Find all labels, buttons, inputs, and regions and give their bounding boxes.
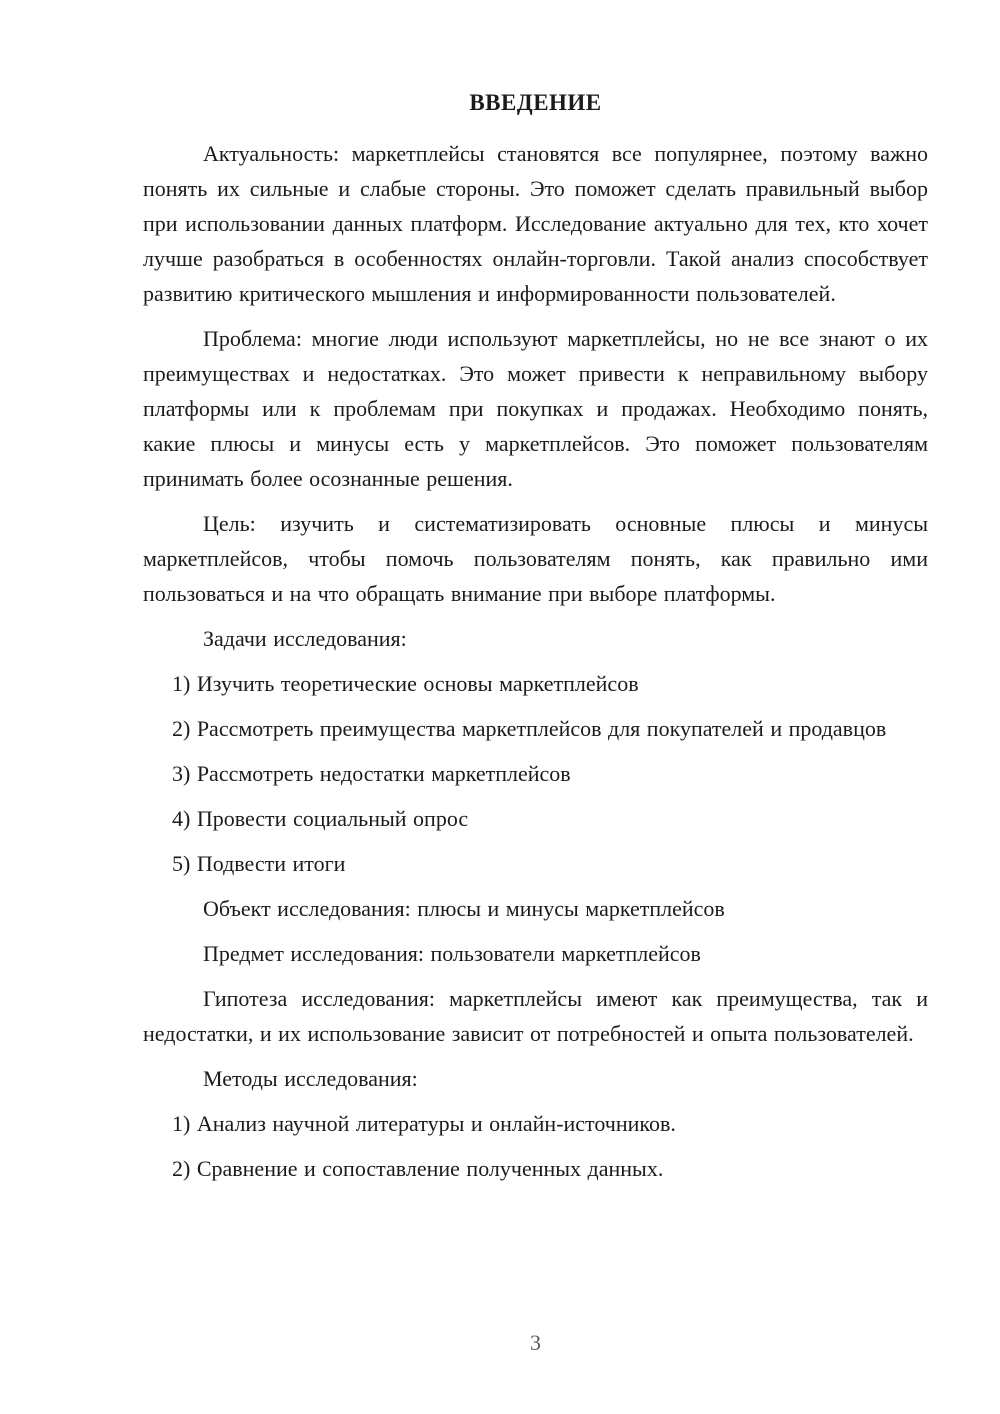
list-item: 2) Сравнение и сопоставление полученных …	[143, 1151, 928, 1186]
list-item: 2) Рассмотреть преимущества маркетплейсо…	[143, 711, 928, 746]
page-number: 3	[143, 1330, 928, 1356]
paragraph: Проблема: многие люди используют маркетп…	[143, 321, 928, 496]
paragraph: Методы исследования:	[143, 1061, 928, 1096]
list-item: 1) Изучить теоретические основы маркетпл…	[143, 666, 928, 701]
page-title: ВВЕДЕНИЕ	[143, 88, 928, 118]
paragraph: Гипотеза исследования: маркетплейсы имею…	[143, 981, 928, 1051]
paragraph: Объект исследования: плюсы и минусы марк…	[143, 891, 928, 926]
list-item: 1) Анализ научной литературы и онлайн-ис…	[143, 1106, 928, 1141]
document-page: ВВЕДЕНИЕ Актуальность: маркетплейсы стан…	[0, 0, 1000, 1414]
document-body: Актуальность: маркетплейсы становятся вс…	[143, 136, 928, 1186]
list-item: 5) Подвести итоги	[143, 846, 928, 881]
paragraph: Актуальность: маркетплейсы становятся вс…	[143, 136, 928, 311]
paragraph: Предмет исследования: пользователи марке…	[143, 936, 928, 971]
paragraph: Цель: изучить и систематизировать основн…	[143, 506, 928, 611]
list-item: 3) Рассмотреть недостатки маркетплейсов	[143, 756, 928, 791]
list-item: 4) Провести социальный опрос	[143, 801, 928, 836]
paragraph: Задачи исследования:	[143, 621, 928, 656]
